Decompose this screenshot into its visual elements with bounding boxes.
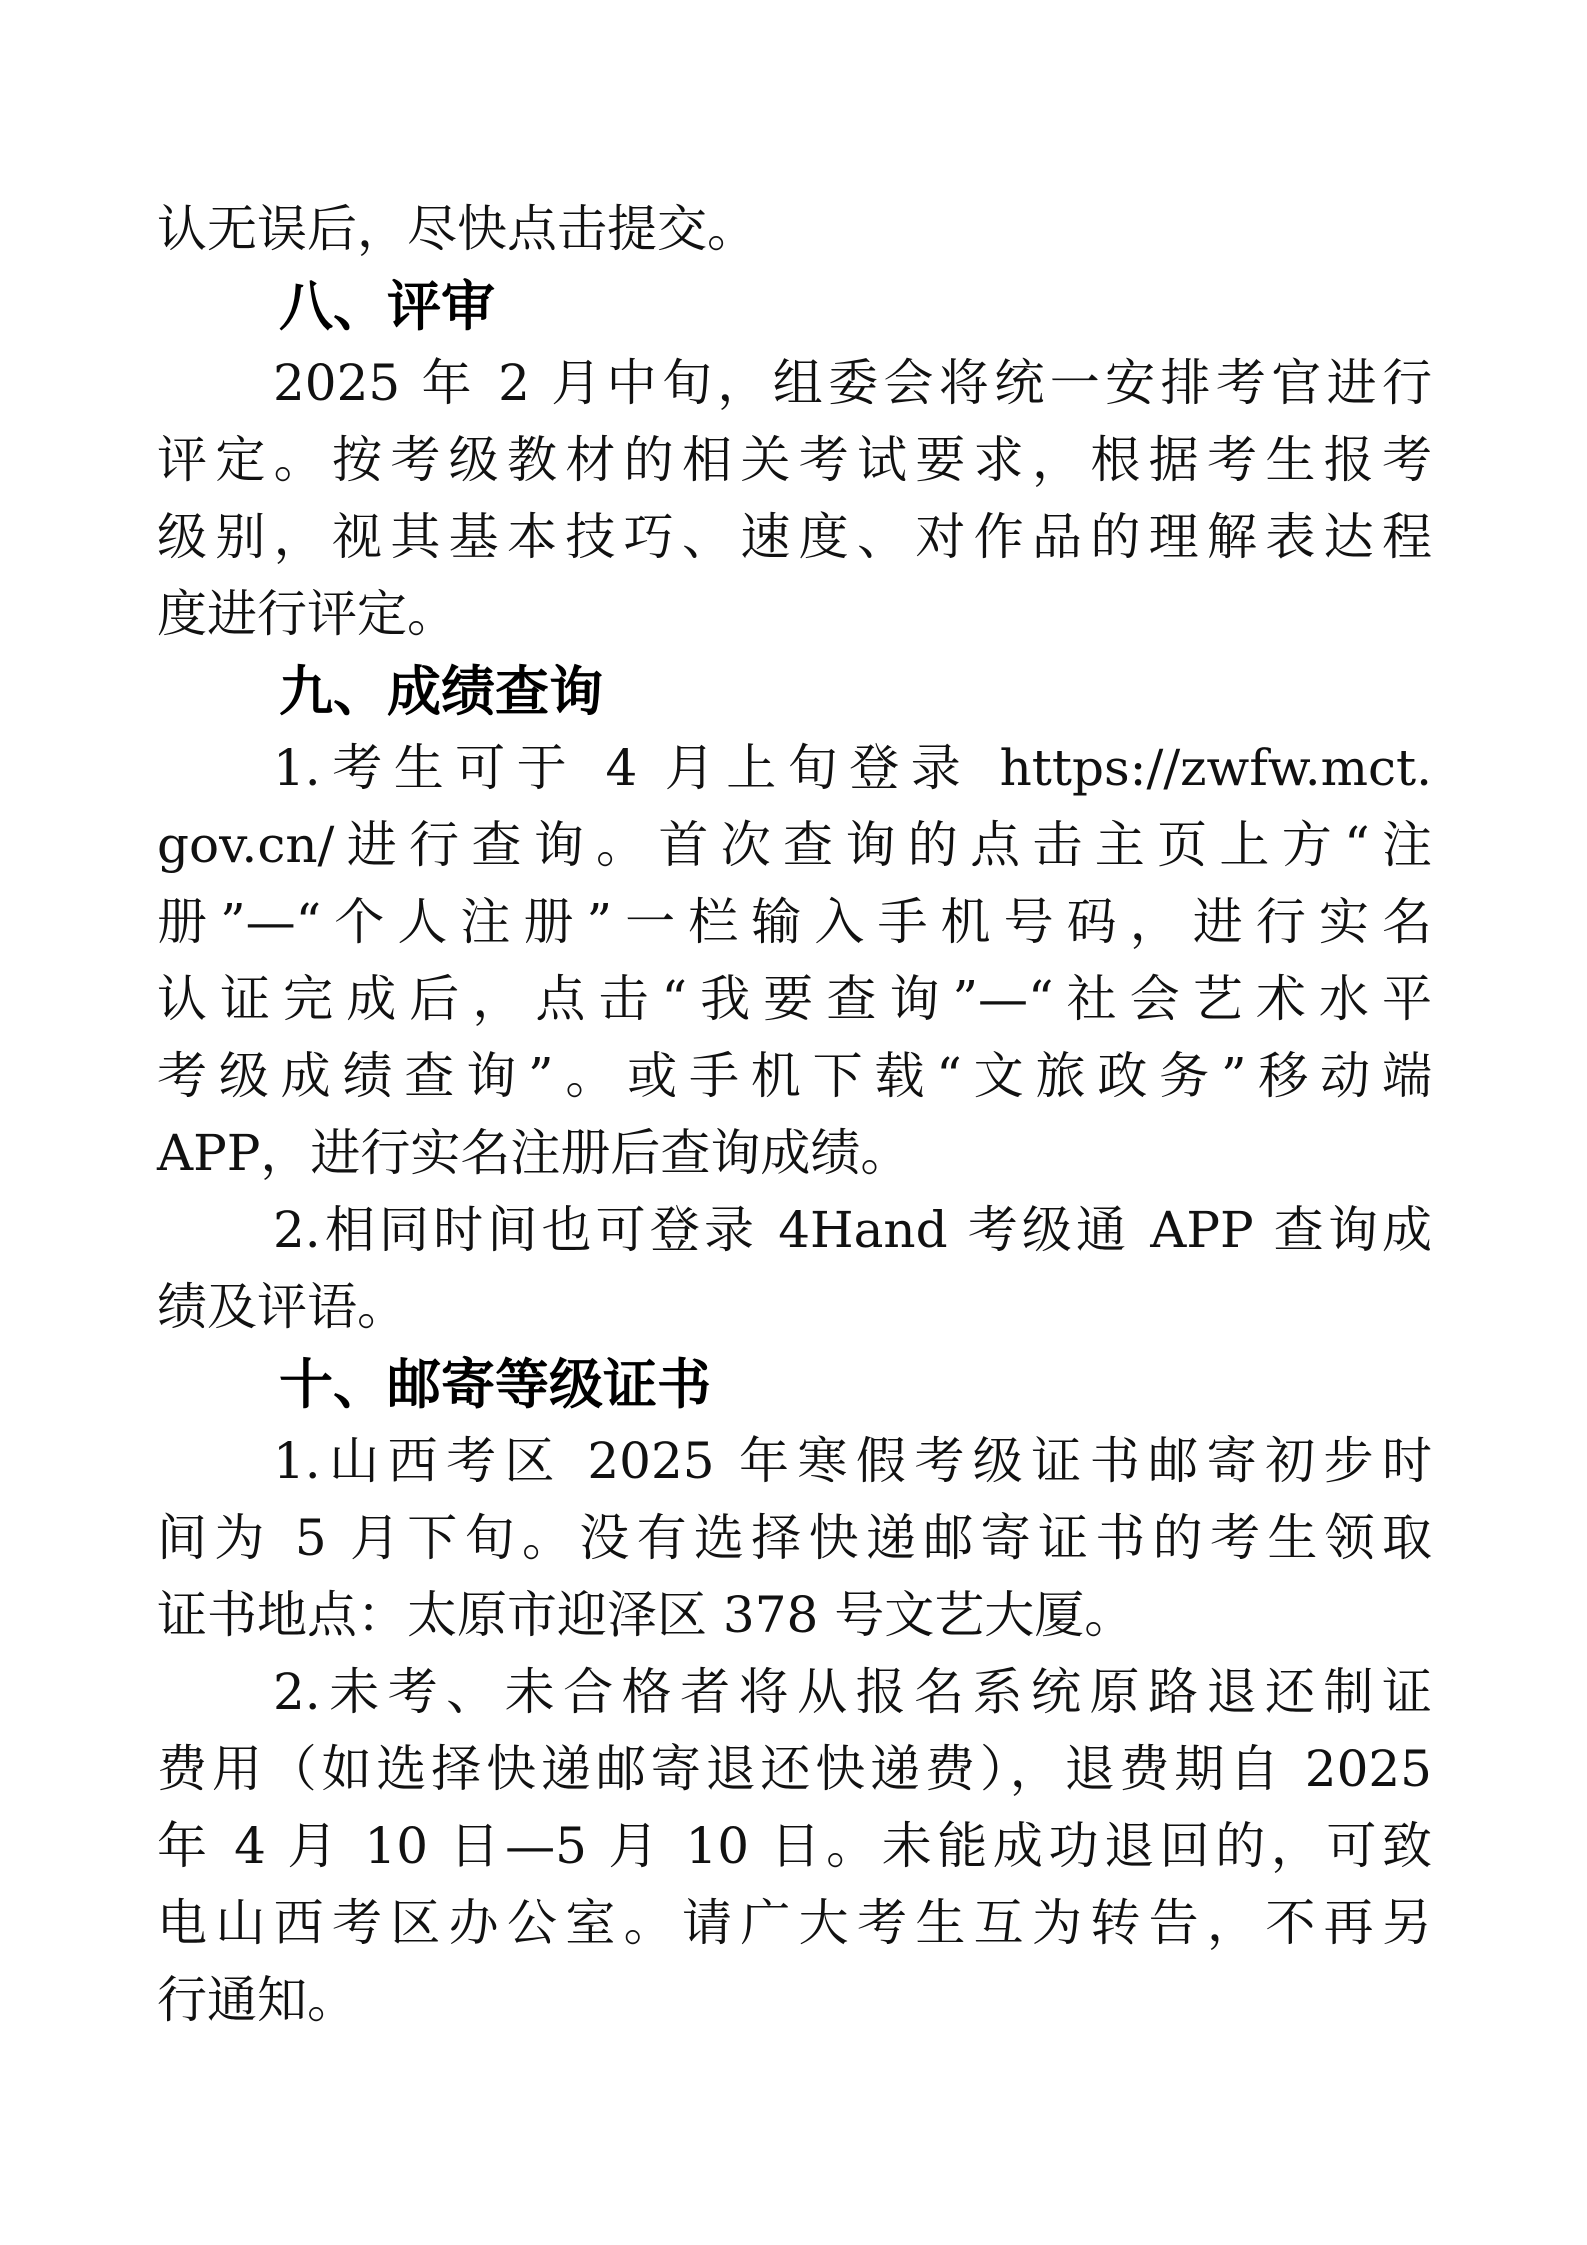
body-line: 1.山西考区 2025 年寒假考级证书邮寄初步时 <box>157 1423 1432 1500</box>
body-line: 2025 年 2 月中旬，组委会将统一安排考官进行 <box>157 345 1432 422</box>
body-line: 证书地点：太原市迎泽区 378 号文艺大厦。 <box>157 1577 1432 1654</box>
section-heading-certificates: 十、邮寄等级证书 <box>157 1346 1432 1423</box>
body-line: 2.相同时间也可登录 4Hand 考级通 APP 查询成 <box>157 1192 1432 1269</box>
body-line: 认证完成后，点击“我要查询”—“社会艺术水平 <box>157 961 1432 1038</box>
body-line: 2.未考、未合格者将从报名系统原路退还制证 <box>157 1654 1432 1731</box>
body-line: 间为 5 月下旬。没有选择快递邮寄证书的考生领取 <box>157 1500 1432 1577</box>
body-line: 绩及评语。 <box>157 1269 1432 1346</box>
body-line-with-url: gov.cn/进行查询。首次查询的点击主页上方“注 <box>157 807 1432 884</box>
body-line: 费用（如选择快递邮寄退还快递费），退费期自 2025 <box>157 1731 1432 1808</box>
body-line: 年 4 月 10 日—5 月 10 日。未能成功退回的，可致 <box>157 1808 1432 1885</box>
body-line: 电山西考区办公室。请广大考生互为转告，不再另 <box>157 1885 1432 1962</box>
body-line: APP，进行实名注册后查询成绩。 <box>157 1115 1432 1192</box>
body-line: 行通知。 <box>157 1962 1432 2039</box>
body-line: 考级成绩查询”。或手机下载“文旅政务”移动端 <box>157 1038 1432 1115</box>
body-line: 册”—“个人注册”一栏输入手机号码，进行实名 <box>157 884 1432 961</box>
body-line-with-url: 1.考生可于 4 月上旬登录 https://zwfw.mct. <box>157 730 1432 807</box>
body-line: 评定。按考级教材的相关考试要求，根据考生报考 <box>157 422 1432 499</box>
body-line: 级别，视其基本技巧、速度、对作品的理解表达程 <box>157 499 1432 576</box>
section-heading-results: 九、成绩查询 <box>157 653 1432 730</box>
document-page: 认无误后，尽快点击提交。 八、评审 2025 年 2 月中旬，组委会将统一安排考… <box>157 191 1432 2039</box>
body-line: 认无误后，尽快点击提交。 <box>157 191 1432 268</box>
section-heading-review: 八、评审 <box>157 268 1432 345</box>
body-line: 度进行评定。 <box>157 576 1432 653</box>
